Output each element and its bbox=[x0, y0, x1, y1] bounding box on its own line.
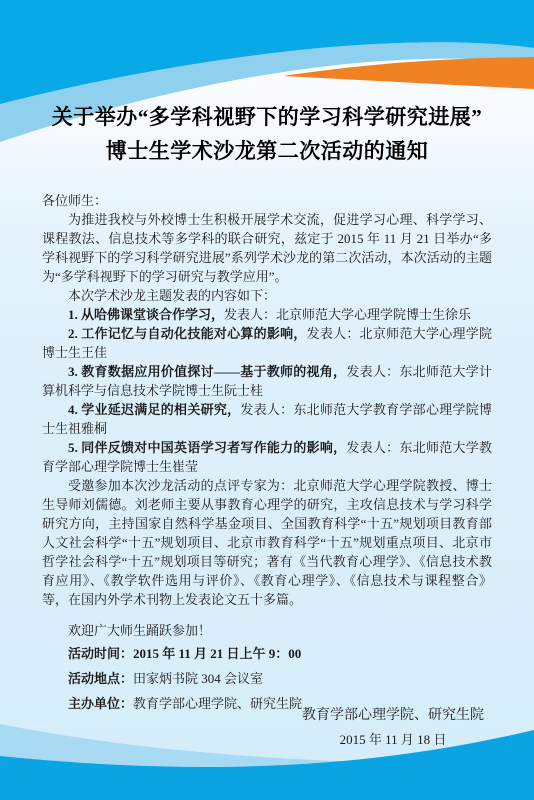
salon-item-3: 3. 教育数据应用价值探讨——基于教师的视角，发表人：东北师范大学计算机科学与信… bbox=[42, 362, 492, 400]
salon-item-1: 1. 从哈佛课堂谈合作学习，发表人：北京师范大学心理学院博士生徐乐 bbox=[42, 305, 492, 324]
salon-item-4: 4. 学业延迟满足的相关研究，发表人：东北师范大学教育学部心理学院博士生祖雅桐 bbox=[42, 400, 492, 438]
event-info-block: 欢迎广大师生踊跃参加！ 活动时间：2015 年 11 月 21 日上午 9：00… bbox=[42, 621, 492, 716]
title-line-2: 博士生学术沙龙第二次活动的通知 bbox=[0, 134, 534, 168]
salon-item-1-title: 1. 从哈佛课堂谈合作学习， bbox=[68, 307, 224, 322]
welcome-line: 欢迎广大师生踊跃参加！ bbox=[42, 621, 492, 641]
info-time-value: 2015 年 11 月 21 日上午 9：00 bbox=[133, 646, 301, 661]
expert-paragraph: 受邀参加本次沙龙活动的点评专家为：北京师范大学心理学院教授、博士生导师刘儒德。刘… bbox=[42, 476, 492, 609]
salon-item-3-title: 3. 教育数据应用价值探讨——基于教师的视角， bbox=[68, 364, 346, 379]
list-intro: 本次学术沙龙主题发表的内容如下： bbox=[42, 286, 492, 305]
salon-item-2: 2. 工作记忆与自动化技能对心算的影响，发表人：北京师范大学心理学院博士生王佳 bbox=[42, 324, 492, 362]
title-line-1: 关于举办“多学科视野下的学习科学研究进展” bbox=[0, 100, 534, 134]
salon-item-5-title: 5. 同伴反馈对中国英语学习者写作能力的影响， bbox=[68, 440, 346, 455]
info-time-label: 活动时间： bbox=[68, 646, 133, 661]
signature-block: 教育学部心理学院、研究生院 2015 年 11 月 18 日 bbox=[302, 704, 484, 752]
info-location-value: 田家炳书院 304 会议室 bbox=[133, 671, 263, 686]
info-line-time: 活动时间：2015 年 11 月 21 日上午 9：00 bbox=[42, 641, 492, 666]
intro-paragraph: 为推进我校与外校博士生积极开展学术交流，促进学习心理、科学学习、课程教法、信息技… bbox=[42, 210, 492, 286]
signature-date: 2015 年 11 月 18 日 bbox=[302, 728, 484, 752]
notice-poster: 关于举办“多学科视野下的学习科学研究进展” 博士生学术沙龙第二次活动的通知 各位… bbox=[0, 0, 534, 800]
info-organizer-label: 主办单位： bbox=[68, 696, 133, 711]
info-location-label: 活动地点： bbox=[68, 671, 133, 686]
salon-item-4-title: 4. 学业延迟满足的相关研究， bbox=[68, 402, 240, 417]
notice-body: 各位师生： 为推进我校与外校博士生积极开展学术交流，促进学习心理、科学学习、课程… bbox=[42, 191, 492, 716]
info-line-location: 活动地点：田家炳书院 304 会议室 bbox=[42, 666, 492, 691]
signature-organization: 教育学部心理学院、研究生院 bbox=[302, 704, 484, 728]
info-organizer-value: 教育学部心理学院、研究生院 bbox=[133, 696, 302, 711]
salutation: 各位师生： bbox=[42, 191, 492, 210]
page-title: 关于举办“多学科视野下的学习科学研究进展” 博士生学术沙龙第二次活动的通知 bbox=[0, 100, 534, 168]
salon-item-1-presenter: 发表人：北京师范大学心理学院博士生徐乐 bbox=[224, 307, 471, 322]
salon-item-2-title: 2. 工作记忆与自动化技能对心算的影响， bbox=[68, 326, 307, 341]
salon-item-5: 5. 同伴反馈对中国英语学习者写作能力的影响，发表人：东北师范大学教育学部心理学… bbox=[42, 438, 492, 476]
